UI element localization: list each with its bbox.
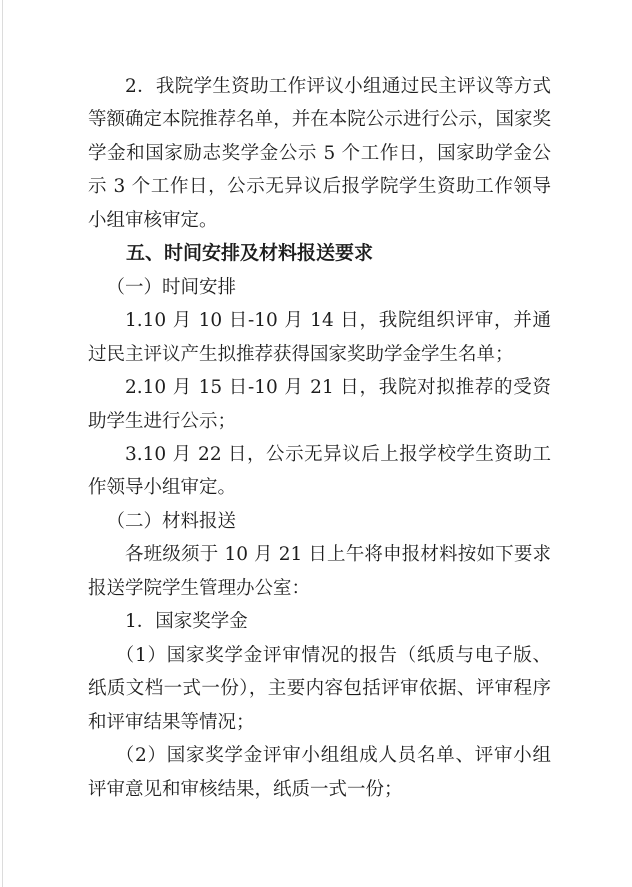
subsection-heading-materials: （二）材料报送: [88, 505, 551, 538]
paragraph-review-process: 2．我院学生资助工作评议小组通过民主评议等方式等额确定本院推荐名单，并在本院公示…: [88, 70, 551, 237]
page-left-edge-line: [2, 0, 3, 887]
paragraph-schedule-item-1: 1.10 月 10 日-10 月 14 日，我院组织评审，并通过民主评议产生拟推…: [88, 304, 551, 371]
paragraph-schedule-item-2: 2.10 月 15 日-10 月 21 日，我院对拟推荐的受资助学生进行公示；: [88, 371, 551, 438]
paragraph-materials-intro: 各班级须于 10 月 21 日上午将申报材料按如下要求报送学院学生管理办公室：: [88, 538, 551, 605]
subsection-heading-schedule: （一）时间安排: [88, 271, 551, 304]
paragraph-national-scholarship-title: 1．国家奖学金: [88, 605, 551, 638]
document-page: 2．我院学生资助工作评议小组通过民主评议等方式等额确定本院推荐名单，并在本院公示…: [0, 0, 632, 887]
document-body: 2．我院学生资助工作评议小组通过民主评议等方式等额确定本院推荐名单，并在本院公示…: [88, 70, 551, 806]
section-heading-schedule-and-materials: 五、时间安排及材料报送要求: [88, 237, 551, 270]
paragraph-material-item-1: （1）国家奖学金评审情况的报告（纸质与电子版、纸质文档一式一份），主要内容包括评…: [88, 639, 551, 739]
paragraph-schedule-item-3: 3.10 月 22 日，公示无异议后上报学校学生资助工作领导小组审定。: [88, 438, 551, 505]
paragraph-material-item-2: （2）国家奖学金评审小组组成人员名单、评审小组评审意见和审核结果，纸质一式一份；: [88, 739, 551, 806]
